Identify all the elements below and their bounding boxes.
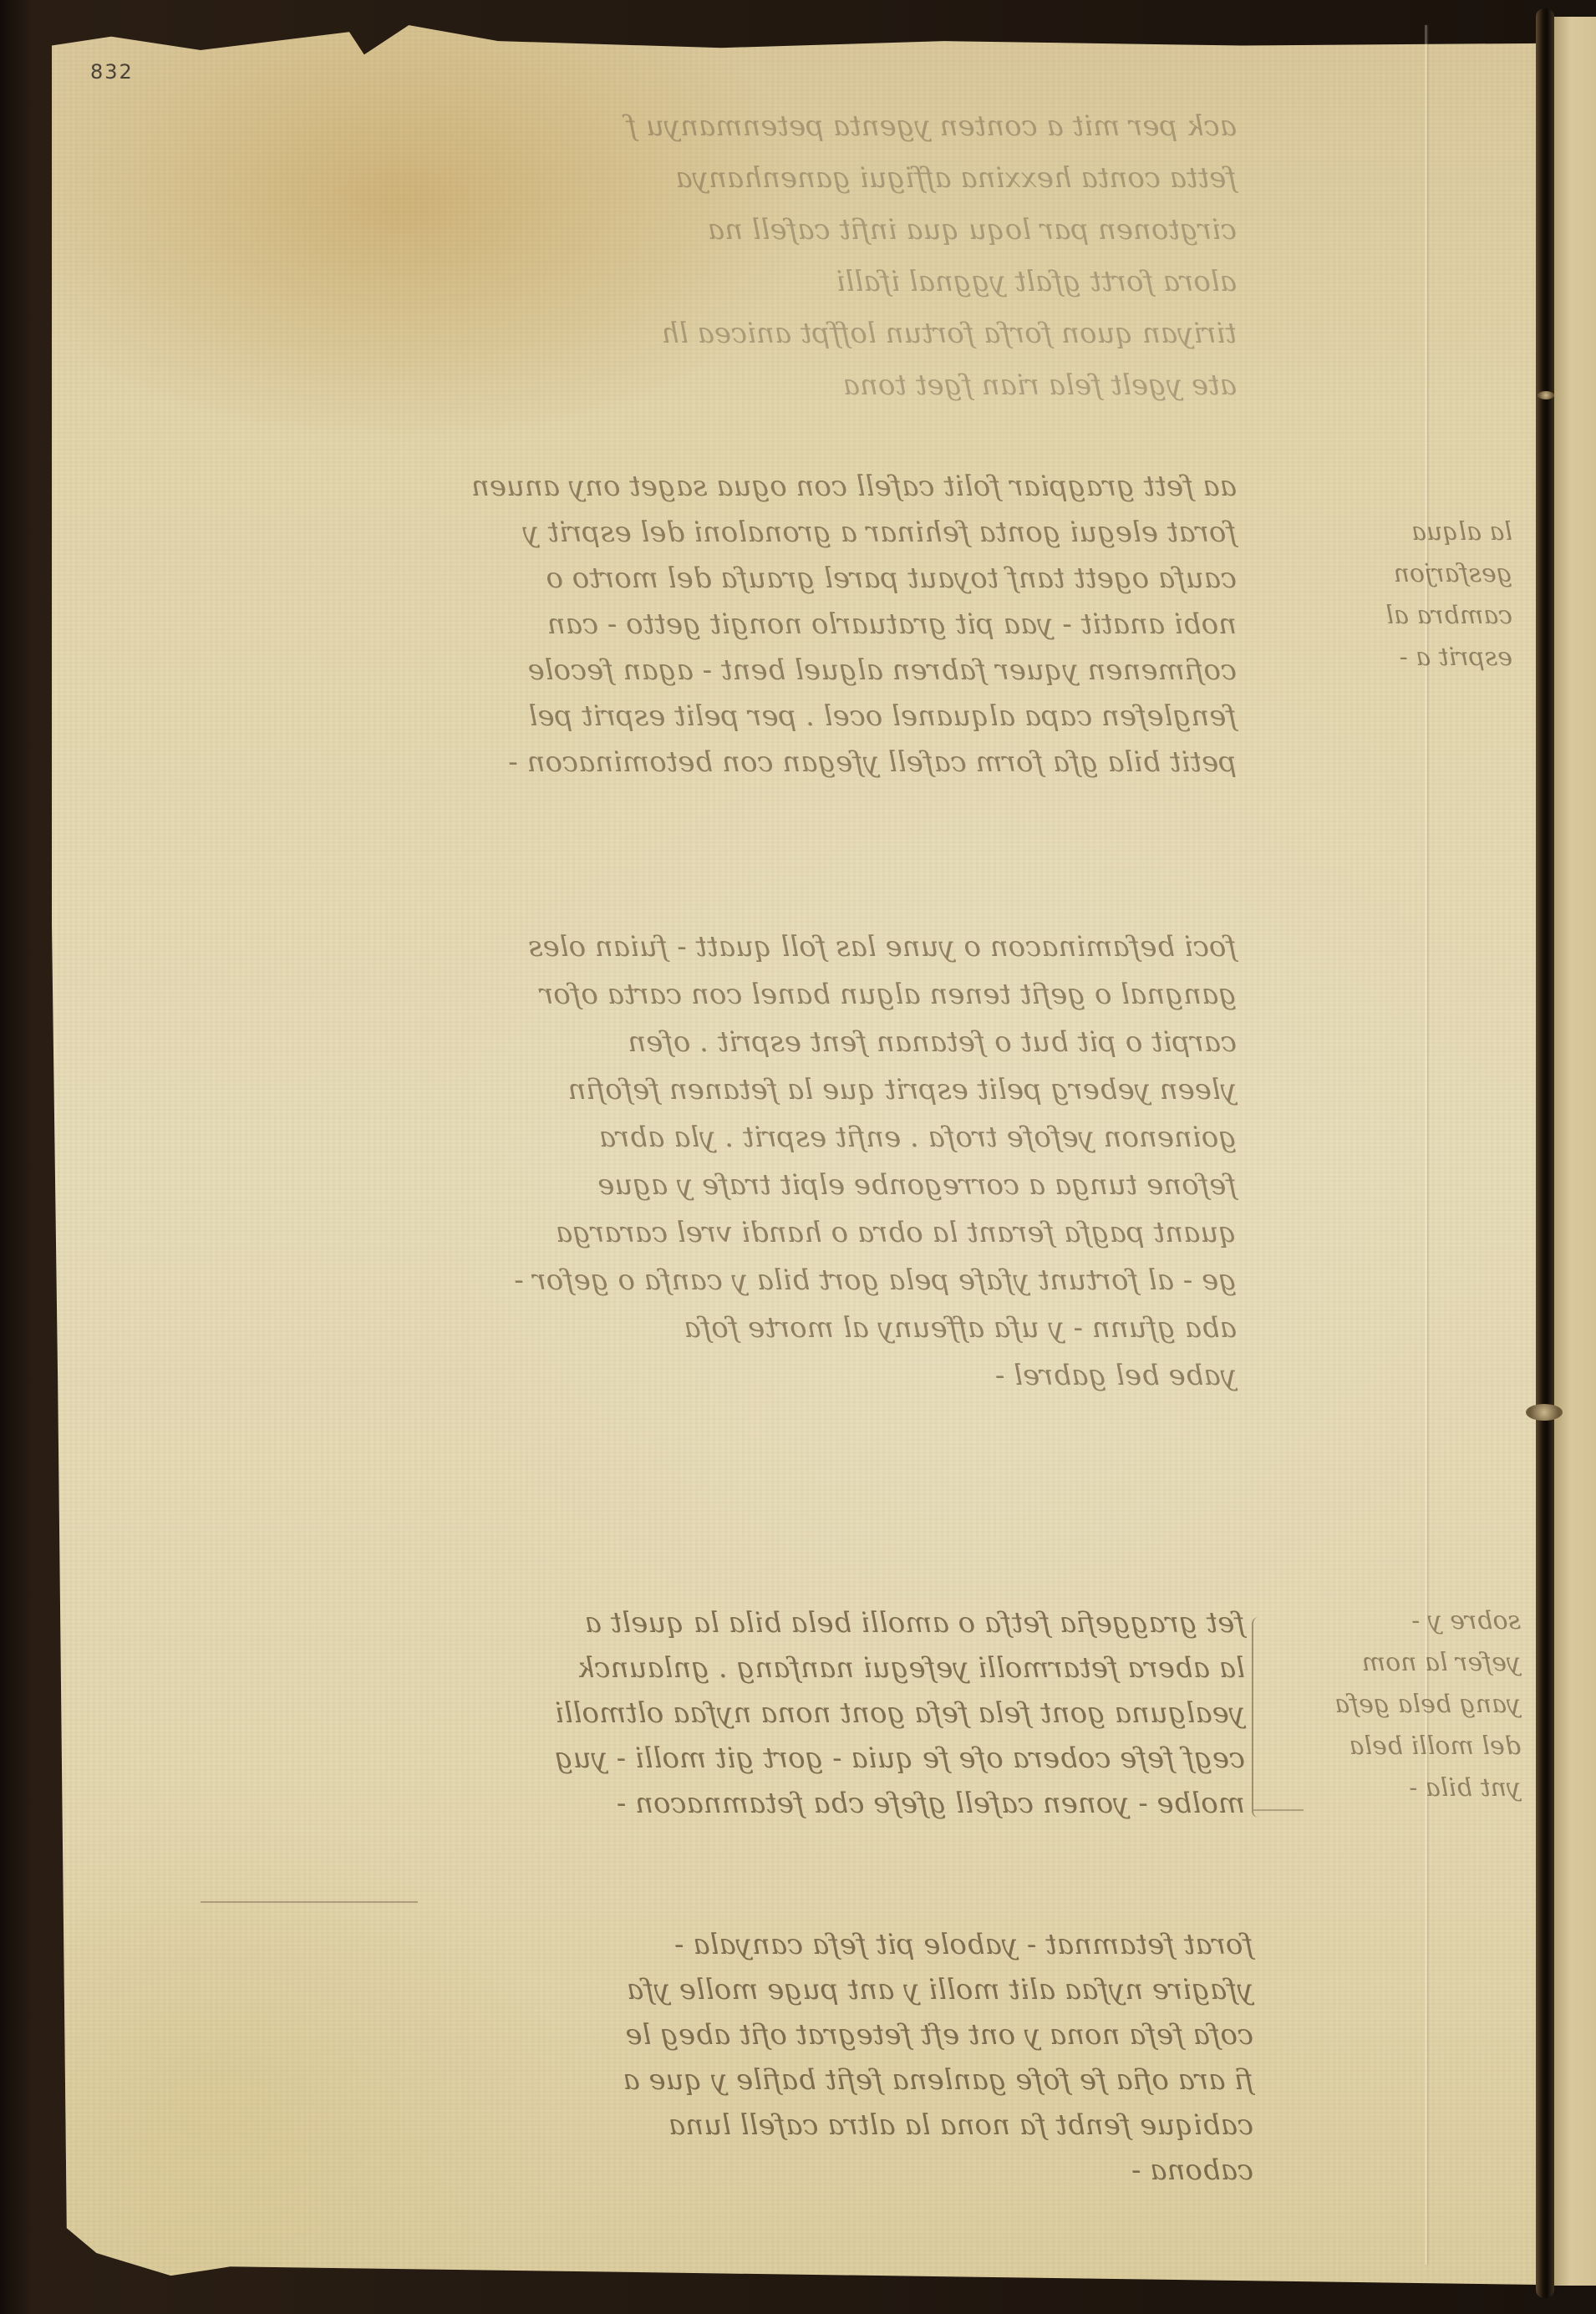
text-line: petit bila gfa form cafell yfegan con be… xyxy=(92,740,1237,786)
text-line: carpit o pit but o fetanan fent esprit .… xyxy=(100,1019,1237,1066)
text-line: ge - al fortunt yfafe pela gort bila y c… xyxy=(100,1257,1237,1304)
text-line: cofimenen yquer fabren alguel bent - aga… xyxy=(92,648,1237,694)
text-line: yfagire nyfaa alit molli y ant puge moll… xyxy=(100,1967,1253,2012)
text-line: ack per mit a conten ygenta petenmanyu f xyxy=(276,100,1237,152)
text-line: ynt bila - xyxy=(1270,1767,1521,1809)
text-line: yabe bel gabrel - xyxy=(100,1352,1237,1400)
text-line: esprit a - xyxy=(1262,637,1512,679)
text-line: cambra al xyxy=(1262,595,1512,637)
text-line: forat elegui gonta fehinar a gronaloni d… xyxy=(92,510,1237,556)
text-line: fefone tunga a corregonbe elpit trafe y … xyxy=(100,1162,1237,1209)
text-line: foci befaminacon o yune las foll quatt -… xyxy=(100,923,1237,971)
text-line: cegf fefe cobera ofe fe quia - gort git … xyxy=(92,1736,1245,1781)
text-line: ate ygelt fela rian fget tona xyxy=(276,359,1237,411)
text-line: yefer la nom xyxy=(1270,1642,1521,1684)
text-line: tiriyan quon forfa fortun loffpt anicea … xyxy=(276,308,1237,359)
text-line: yealguna gont fela fefa gont nona nyfaa … xyxy=(92,1691,1245,1736)
text-line: yleen yeberg pelit esprit que la fetanen… xyxy=(100,1066,1237,1114)
middle-paragraph: aa fett gragpiar folit cafell con ogua s… xyxy=(92,464,1237,786)
text-line: la alqua xyxy=(1262,511,1512,553)
text-line: yang bela gefa xyxy=(1270,1684,1521,1726)
text-line: cabona - xyxy=(100,2148,1253,2193)
text-line: aba gfunn - y ufa affeuny al morte fofa xyxy=(100,1304,1237,1352)
divider-rule xyxy=(1253,1809,1304,1811)
margin-note: sobre y - yefer la nom yang bela gefa de… xyxy=(1270,1600,1521,1809)
text-line: sobre y - xyxy=(1270,1600,1521,1642)
bottom-paragraph: forat fetamnat - yabole pit fefa canyala… xyxy=(100,1922,1253,2193)
text-line: cabique fenbt fa nona la altra cafell lu… xyxy=(100,2103,1253,2148)
facing-page-edge xyxy=(1554,17,1596,2286)
text-line: del molli bela xyxy=(1270,1726,1521,1767)
lower-paragraph: foci befaminacon o yune las foll quatt -… xyxy=(100,923,1237,1400)
paper-crease xyxy=(1425,25,1427,2265)
text-line: la abera fetarmolli yefegui nanfang . gn… xyxy=(92,1645,1245,1691)
text-line: forat fetamnat - yabole pit fefa canyala… xyxy=(100,1922,1253,1967)
binding-gutter xyxy=(1536,8,1554,2298)
divider-rule xyxy=(201,1901,418,1903)
text-line: alora fortt gfalt yggnal ifalli xyxy=(276,256,1237,308)
text-line: cofa fefa nona y ont eft fetegrat ofit a… xyxy=(100,2012,1253,2057)
binding-stitch xyxy=(1538,391,1554,399)
margin-bracket xyxy=(1252,1617,1265,1818)
text-line: fet graggefia fetfa o amolli bela bila l… xyxy=(92,1600,1245,1645)
text-line: molbe - yonen cafell gfefe cba fetamnaco… xyxy=(92,1781,1245,1826)
text-line: fenglefen capa alquanel ocel . per pelit… xyxy=(92,694,1237,740)
text-line: fi ara ofia fe fofe ganlena fefit bafile… xyxy=(100,2057,1253,2103)
text-line: gangnal o gefit tenen algun banel con ca… xyxy=(100,971,1237,1019)
text-line: goinenon yefofe trofa . enfit esprit . y… xyxy=(100,1114,1237,1162)
text-line: fetta conta hexxina affigui ganenhanya xyxy=(276,152,1237,204)
text-line: caufa ogett tanf toyaut parel graufa del… xyxy=(92,556,1237,602)
binding-stitch xyxy=(1526,1404,1563,1421)
text-line: nobi anatit - yaa pit gratuarlo nongit g… xyxy=(92,602,1237,648)
text-line: aa fett gragpiar folit cafell con ogua s… xyxy=(92,464,1237,510)
text-line: cirgtonen par loqu qua infit cafell na xyxy=(276,204,1237,256)
text-line: quant pagfa ferant la obra o handi vrel … xyxy=(100,1209,1237,1257)
top-paragraph: ack per mit a conten ygenta petenmanyu f… xyxy=(276,100,1237,411)
text-line: gesfarjon xyxy=(1262,553,1512,595)
folio-number: 832 xyxy=(90,60,134,84)
margin-note: la alqua gesfarjon cambra al esprit a - xyxy=(1262,511,1512,679)
bottom-paragraph: fet graggefia fetfa o amolli bela bila l… xyxy=(92,1600,1245,1826)
